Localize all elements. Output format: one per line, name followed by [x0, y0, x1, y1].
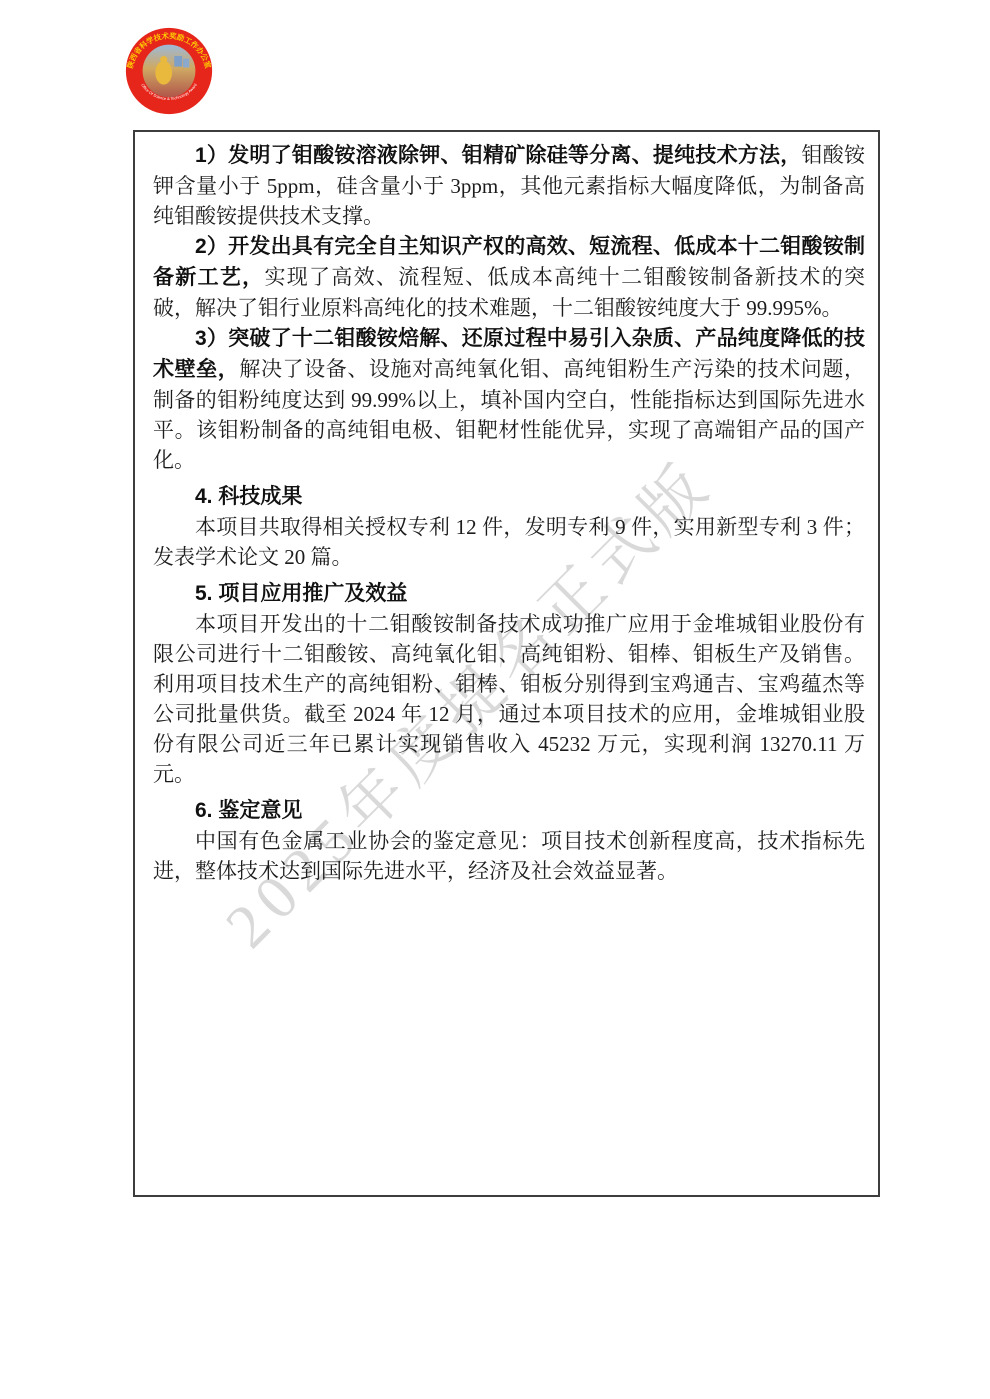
- paragraph-achievements: 本项目共取得相关授权专利 12 件，发明专利 9 件，实用新型专利 3 件；发表…: [153, 512, 865, 572]
- section-heading-achievements: 4. 科技成果: [153, 482, 865, 512]
- paragraph-application: 本项目开发出的十二钼酸铵制备技术成功推广应用于金堆城钼业股份有限公司进行十二钼酸…: [153, 609, 865, 789]
- award-office-seal: 陕西省科学技术奖励工作办公室 Office Of Science & Techn…: [125, 27, 213, 115]
- paragraph-2: 2）开发出具有完全自主知识产权的高效、短流程、低成本十二钼酸铵制备新工艺，实现了…: [153, 231, 865, 323]
- section-heading-appraisal: 6. 鉴定意见: [153, 796, 865, 826]
- paragraph-3-body: 解决了设备、设施对高纯氧化钼、高纯钼粉生产污染的技术问题，制备的钼粉纯度达到 9…: [153, 357, 865, 472]
- paragraph-1: 1）发明了钼酸铵溶液除钾、钼精矿除硅等分离、提纯技术方法，钼酸铵钾含量小于 5p…: [153, 140, 865, 231]
- section-heading-application: 5. 项目应用推广及效益: [153, 579, 865, 609]
- seal-building: [174, 56, 182, 67]
- paragraph-3: 3）突破了十二钼酸铵焙解、还原过程中易引入杂质、产品纯度降低的技术壁垒，解决了设…: [153, 323, 865, 475]
- seal-statue: [155, 61, 172, 85]
- seal-graphic: 陕西省科学技术奖励工作办公室 Office Of Science & Techn…: [125, 27, 213, 115]
- seal-statue-head: [160, 56, 167, 63]
- content-cell: 1）发明了钼酸铵溶液除钾、钼精矿除硅等分离、提纯技术方法，钼酸铵钾含量小于 5p…: [133, 130, 880, 1197]
- paragraph-appraisal: 中国有色金属工业协会的鉴定意见：项目技术创新程度高，技术指标先进，整体技术达到国…: [153, 826, 865, 886]
- seal-building: [183, 59, 189, 68]
- paragraph-1-lead: 1）发明了钼酸铵溶液除钾、钼精矿除硅等分离、提纯技术方法，: [195, 144, 802, 167]
